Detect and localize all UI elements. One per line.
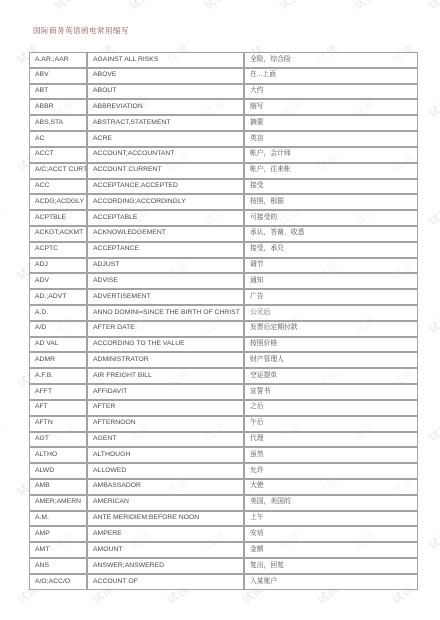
table-row: ACPTBLEACCEPTABLE可接受的: [29, 210, 418, 226]
table-row: ANSANSWER;ANSWERED复出，回复: [29, 558, 418, 574]
watermark-text: 试读: [351, 0, 380, 13]
watermark-text: 试读: [0, 203, 4, 230]
cell-full-term: ANTE MERIDIEM;BEFORE NOON: [87, 511, 244, 527]
cell-chinese-meaning: 大使: [244, 479, 418, 495]
cell-full-term: AFTERNOON: [87, 416, 244, 432]
cell-chinese-meaning: 公元后: [244, 305, 418, 321]
cell-chinese-meaning: 上午: [244, 511, 418, 527]
table-row: ACPTCACCEPTANCE接受，承兑: [29, 242, 418, 258]
cell-full-term: ABBREVIATION: [87, 99, 244, 115]
cell-abbreviation: ABBR: [29, 99, 87, 115]
cell-abbreviation: A.M.: [29, 511, 87, 527]
cell-chinese-meaning: 帐户，往来帐: [244, 163, 418, 179]
cell-chinese-meaning: 财产管理人: [244, 352, 418, 368]
watermark-text: 试读: [426, 0, 440, 13]
watermark-text: 试读: [426, 95, 440, 122]
cell-full-term: ACCEPTANCE: [87, 242, 244, 258]
cell-full-term: ACCOUNT;ACCOUNTANT: [87, 147, 244, 163]
cell-chinese-meaning: 之后: [244, 400, 418, 416]
table-row: AMBAMBASSADOR大使: [29, 479, 418, 495]
table-row: A/DAFTER DATE发票后定期付款: [29, 321, 418, 337]
cell-chinese-meaning: 宣誓书: [244, 384, 418, 400]
cell-full-term: AMERICAN: [87, 495, 244, 511]
cell-full-term: ACCORDING;ACCORDINGLY: [87, 194, 244, 210]
cell-chinese-meaning: 金额: [244, 542, 418, 558]
cell-chinese-meaning: 在...上面: [244, 68, 418, 84]
cell-full-term: ACCEPTANCE;ACCEPTED: [87, 179, 244, 195]
table-row: AMTAMOUNT金额: [29, 542, 418, 558]
cell-abbreviation: AMB: [29, 479, 87, 495]
watermark-text: 试读: [0, 527, 4, 554]
table-row: A.AR.;AARAGAINST ALL RISKS全险，综合险: [29, 52, 418, 68]
cell-chinese-meaning: 空运提单: [244, 368, 418, 384]
table-row: ABS,STAABSTRACT,STATEMENT摘要: [29, 115, 418, 131]
cell-full-term: ACCEPTABLE: [87, 210, 244, 226]
watermark-text: 试读: [126, 0, 155, 13]
table-row: ALWDALLOWED允许: [29, 463, 418, 479]
cell-full-term: AIR FREIGHT BILL: [87, 368, 244, 384]
cell-abbreviation: AGT: [29, 432, 87, 448]
abbrev-table-body: A.AR.;AARAGAINST ALL RISKS全险，综合险ABVABOVE…: [29, 52, 418, 590]
cell-abbreviation: ACPTBLE: [29, 210, 87, 226]
cell-full-term: ACRE: [87, 131, 244, 147]
abbreviation-table: A.AR.;AARAGAINST ALL RISKS全险，综合险ABVABOVE…: [29, 52, 418, 590]
table-row: AGTAGENT代理: [29, 432, 418, 448]
table-row: ACKGT;ACKMTACKNOWLEDGEMENT承认，答谢，收悉: [29, 226, 418, 242]
cell-full-term: ABSTRACT,STATEMENT: [87, 115, 244, 131]
cell-abbreviation: AD VAL: [29, 337, 87, 353]
table-row: A/C;ACCT CURTACCOUNT CURRENT帐户，往来帐: [29, 163, 418, 179]
table-row: A.F.B.AIR FREIGHT BILL空运提单: [29, 368, 418, 384]
table-row: AD.;ADVTADVERTISEMENT广告: [29, 289, 418, 305]
cell-full-term: ACCORDING TO THE VALUE: [87, 337, 244, 353]
table-row: ACDG;ACDGLYACCORDING;ACCORDINGLY按照，根据: [29, 194, 418, 210]
table-row: ADMRADMINISTRATOR财产管理人: [29, 352, 418, 368]
cell-abbreviation: A.AR.;AAR: [29, 52, 87, 68]
table-row: AMPAMPERE安培: [29, 526, 418, 542]
cell-abbreviation: A.D.: [29, 305, 87, 321]
table-row: ABBRABBREVIATION缩写: [29, 99, 418, 115]
watermark-text: 试读: [426, 311, 440, 338]
cell-full-term: ADVERTISEMENT: [87, 289, 244, 305]
cell-chinese-meaning: 英亩: [244, 131, 418, 147]
cell-chinese-meaning: 虽然: [244, 447, 418, 463]
table-row: ABVABOVE在...上面: [29, 68, 418, 84]
cell-full-term: AFTER DATE: [87, 321, 244, 337]
table-row: ABTABOUT大约: [29, 84, 418, 100]
watermark-text: 试读: [0, 311, 4, 338]
cell-chinese-meaning: 安培: [244, 526, 418, 542]
cell-chinese-meaning: 全险，综合险: [244, 52, 418, 68]
cell-full-term: AGAINST ALL RISKS: [87, 52, 244, 68]
cell-abbreviation: ALWD: [29, 463, 87, 479]
cell-chinese-meaning: 午后: [244, 416, 418, 432]
cell-chinese-meaning: 大约: [244, 84, 418, 100]
table-row: A.D.ANNO DOMINI=SINCE THE BIRTH OF CHRIS…: [29, 305, 418, 321]
cell-full-term: AMBASSADOR: [87, 479, 244, 495]
cell-abbreviation: ADJ: [29, 258, 87, 274]
cell-abbreviation: ACKGT;ACKMT: [29, 226, 87, 242]
cell-chinese-meaning: 广告: [244, 289, 418, 305]
cell-abbreviation: AFFT: [29, 384, 87, 400]
cell-abbreviation: AMP: [29, 526, 87, 542]
watermark-text: 试读: [426, 203, 440, 230]
cell-full-term: ACKNOWLEDGEMENT: [87, 226, 244, 242]
cell-abbreviation: A/C;ACCT CURT: [29, 163, 87, 179]
cell-chinese-meaning: 通知: [244, 273, 418, 289]
cell-chinese-meaning: 接受，承兑: [244, 242, 418, 258]
cell-chinese-meaning: 美国，美国的: [244, 495, 418, 511]
cell-full-term: ANNO DOMINI=SINCE THE BIRTH OF CHRIST: [87, 305, 244, 321]
cell-abbreviation: ALTHO: [29, 447, 87, 463]
page-title: 国际商务英语函电常用缩写: [33, 25, 129, 36]
watermark-text: 试读: [51, 0, 80, 13]
document-page: 试读试读试读试读试读试读试读试读试读试读试读试读试读试读试读试读试读试读试读试读…: [0, 0, 440, 620]
cell-abbreviation: AFTN: [29, 416, 87, 432]
cell-abbreviation: ACDG;ACDGLY: [29, 194, 87, 210]
watermark-text: 试读: [0, 95, 4, 122]
cell-abbreviation: ABT: [29, 84, 87, 100]
cell-full-term: ACCOUNT CURRENT: [87, 163, 244, 179]
cell-abbreviation: ACPTC: [29, 242, 87, 258]
cell-abbreviation: AFT: [29, 400, 87, 416]
cell-abbreviation: ANS: [29, 558, 87, 574]
table-row: AFTNAFTERNOON午后: [29, 416, 418, 432]
cell-chinese-meaning: 缩写: [244, 99, 418, 115]
table-row: ACCTACCOUNT;ACCOUNTANT帐户，会计师: [29, 147, 418, 163]
cell-full-term: AFFIDAVIT: [87, 384, 244, 400]
table-row: A/O;ACC/OACCOUNT OF入某账户: [29, 574, 418, 590]
cell-full-term: AMOUNT: [87, 542, 244, 558]
cell-chinese-meaning: 可接受的: [244, 210, 418, 226]
cell-full-term: ACCOUNT OF: [87, 574, 244, 590]
cell-full-term: AFTER: [87, 400, 244, 416]
cell-full-term: ADVISE: [87, 273, 244, 289]
cell-chinese-meaning: 承认，答谢，收悉: [244, 226, 418, 242]
table-row: ADVADVISE通知: [29, 273, 418, 289]
cell-chinese-meaning: 帐户，会计师: [244, 147, 418, 163]
cell-chinese-meaning: 复出，回复: [244, 558, 418, 574]
cell-chinese-meaning: 按照价格: [244, 337, 418, 353]
table-row: AFTAFTER之后: [29, 400, 418, 416]
watermark-text: 试读: [0, 0, 4, 13]
cell-chinese-meaning: 入某账户: [244, 574, 418, 590]
cell-abbreviation: AMER;AMERN: [29, 495, 87, 511]
watermark-text: 试读: [276, 0, 305, 13]
cell-abbreviation: AC: [29, 131, 87, 147]
cell-full-term: ALTHOUGH: [87, 447, 244, 463]
cell-chinese-meaning: 调节: [244, 258, 418, 274]
cell-full-term: ANSWER;ANSWERED: [87, 558, 244, 574]
cell-abbreviation: ADMR: [29, 352, 87, 368]
table-row: ADJADJUST调节: [29, 258, 418, 274]
cell-abbreviation: ACCT: [29, 147, 87, 163]
table-row: AD VALACCORDING TO THE VALUE按照价格: [29, 337, 418, 353]
watermark-text: 试读: [426, 527, 440, 554]
cell-chinese-meaning: 代理: [244, 432, 418, 448]
cell-abbreviation: A/O;ACC/O: [29, 574, 87, 590]
cell-full-term: ADJUST: [87, 258, 244, 274]
watermark-text: 试读: [0, 419, 4, 446]
cell-abbreviation: ABV: [29, 68, 87, 84]
cell-full-term: ABOVE: [87, 68, 244, 84]
cell-chinese-meaning: 按照，根据: [244, 194, 418, 210]
cell-chinese-meaning: 摘要: [244, 115, 418, 131]
cell-abbreviation: AMT: [29, 542, 87, 558]
table-row: A.M.ANTE MERIDIEM;BEFORE NOON上午: [29, 511, 418, 527]
cell-abbreviation: ADV: [29, 273, 87, 289]
cell-full-term: AMPERE: [87, 526, 244, 542]
cell-chinese-meaning: 接受: [244, 179, 418, 195]
cell-abbreviation: A.F.B.: [29, 368, 87, 384]
cell-full-term: AGENT: [87, 432, 244, 448]
watermark-text: 试读: [426, 419, 440, 446]
watermark-text: 试读: [201, 0, 230, 13]
cell-chinese-meaning: 允许: [244, 463, 418, 479]
cell-abbreviation: ABS,STA: [29, 115, 87, 131]
table-row: ACCACCEPTANCE;ACCEPTED接受: [29, 179, 418, 195]
table-row: ALTHOALTHOUGH虽然: [29, 447, 418, 463]
cell-full-term: ABOUT: [87, 84, 244, 100]
cell-abbreviation: ACC: [29, 179, 87, 195]
table-row: AMER;AMERNAMERICAN美国，美国的: [29, 495, 418, 511]
cell-full-term: ADMINISTRATOR: [87, 352, 244, 368]
cell-chinese-meaning: 发票后定期付款: [244, 321, 418, 337]
cell-abbreviation: AD.;ADVT: [29, 289, 87, 305]
cell-full-term: ALLOWED: [87, 463, 244, 479]
table-row: AFFTAFFIDAVIT宣誓书: [29, 384, 418, 400]
cell-abbreviation: A/D: [29, 321, 87, 337]
table-row: ACACRE英亩: [29, 131, 418, 147]
